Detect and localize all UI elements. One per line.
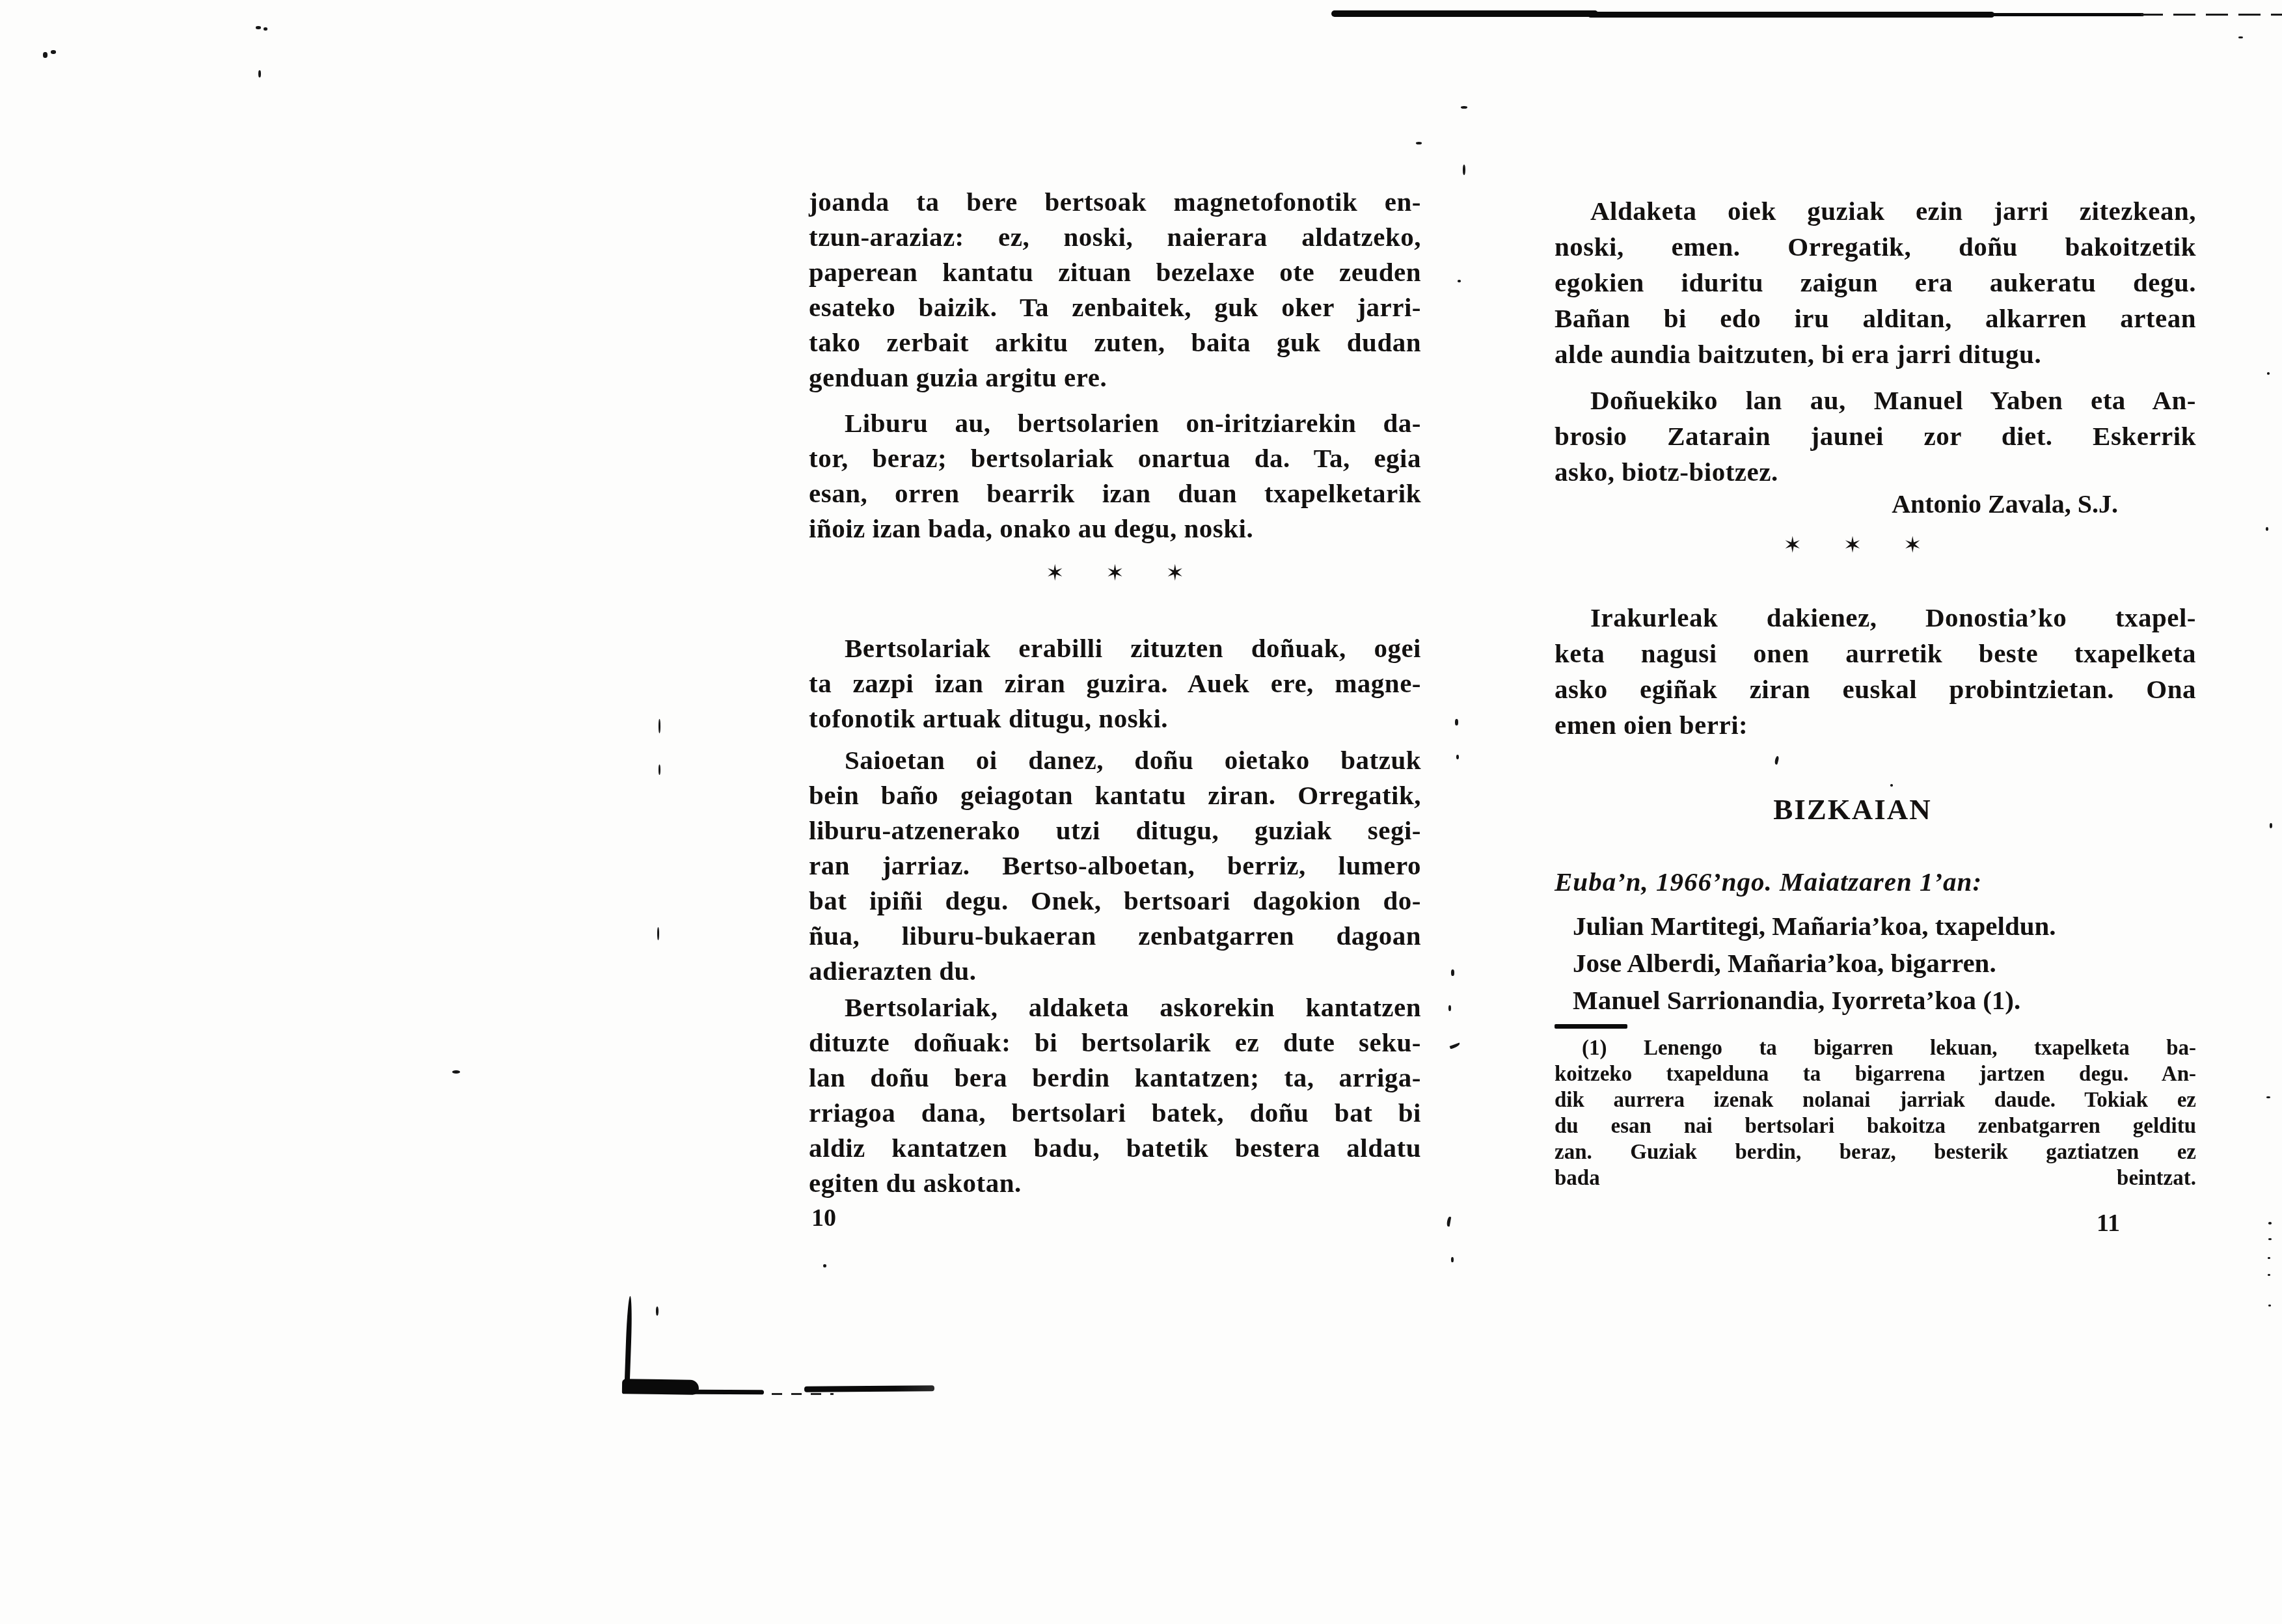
scan-speck [43,52,48,58]
text-line: brosio Zatarain jaunei zor diet. Eskerri… [1555,418,2196,454]
paragraph: Irakurleak dakienez, Donostia’ko txapel-… [1555,600,2196,743]
scan-artifact-bottom-edge [772,1393,834,1395]
text-line: lan doñu bera berdin kantatzen; ta, arri… [809,1060,1421,1095]
scan-speck [2270,823,2272,828]
text-line: Jose Alberdi, Mañaria’koa, bigarren. [1555,945,2196,982]
scan-artifact-top-edge [1988,13,2144,16]
scan-speck [2266,527,2268,531]
text-line: keta nagusi onen aurretik beste txapelke… [1555,636,2196,671]
paragraph: Bertsolariak erabilli zituzten doñuak, o… [809,630,1421,736]
text-line: esan, orren bearrik izan duan txapelketa… [809,476,1421,511]
text-line: Bertsolariak erabilli zituzten doñuak, o… [809,630,1421,666]
text-line: du esan nai bertsolari bakoitza zenbatga… [1555,1113,2196,1139]
text-line: Doñuekiko lan au, Manuel Yaben eta An- [1555,383,2196,418]
text-line: esateko baizik. Ta zenbaitek, guk oker j… [809,290,1421,325]
page-right: Aldaketa oiek guziak ezin jarri zitezkea… [1555,193,2196,1191]
footnote: (1) Lenengo ta bigarren lekuan, txapelke… [1555,1035,2196,1191]
page-number: 11 [2097,1209,2120,1238]
page-number: 10 [811,1204,836,1232]
text-line: Julian Martitegi, Mañaria’koa, txapeldun… [1555,908,2196,945]
text-line: iñoiz izan bada, onako au degu, noski. [809,511,1421,546]
scan-speck [2268,1238,2272,1240]
scan-speck [1458,280,1461,282]
text-line: bada beintzat. [1555,1165,2196,1191]
scan-artifact-bottom-edge [691,1390,764,1395]
scan-speck [659,719,660,733]
scan-speck [1416,142,1422,144]
scan-speck [2238,36,2243,38]
text-line: asko egiñak ziran euskal probintzietan. … [1555,671,2196,707]
section-separator-stars: ✶ ✶ ✶ [809,555,1421,591]
scan-speck [1448,1005,1451,1011]
scan-speck [264,27,267,31]
scan-artifact-bottom-edge [804,1385,934,1392]
text-line: Irakurleak dakienez, Donostia’ko txapel- [1555,600,2196,636]
scan-speck [452,1070,460,1074]
scan-speck [823,1264,826,1267]
scan-artifact-top-edge [1331,10,1598,17]
section-separator-stars: ✶ ✶ ✶ [1555,527,2196,563]
scan-speck [1463,165,1465,175]
text-line: ta zazpi izan ziran guzira. Auek ere, ma… [809,666,1421,701]
text-line: noski, emen. Orregatik, doñu bakoitzetik [1555,229,2196,265]
text-line: bein baño geiagotan kantatu ziran. Orreg… [809,778,1421,813]
text-line: ñua, liburu-bukaeran zenbatgarren dagoan [809,918,1421,953]
scan-speck [2268,1305,2271,1306]
scan-speck [1450,1042,1461,1049]
text-line: emen oien berri: [1555,707,2196,743]
scan-speck [657,927,659,940]
paragraph: Aldaketa oiek guziak ezin jarri zitezkea… [1555,193,2196,372]
scan-speck [2267,372,2270,375]
scan-speck [1451,969,1454,976]
text-line: koitzeko txapelduna ta bigarrena jartzen… [1555,1061,2196,1087]
scan-artifact-top-edge [1588,12,1994,18]
text-line: adierazten du. [809,953,1421,988]
scan-speck [51,50,56,54]
scan-speck [2268,1222,2272,1225]
scan-artifact-top-edge [2141,14,2282,16]
scan-speck [1461,106,1467,109]
text-line: genduan guzia argitu ere. [809,360,1421,395]
text-line: Bertsolariak, aldaketa askorekin kantatz… [809,990,1421,1025]
text-line: asko, biotz-biotzez. [1555,454,2196,490]
text-line: Liburu au, bertsolarien on-iritziarekin … [809,405,1421,440]
text-line: Aldaketa oiek guziak ezin jarri zitezkea… [1555,193,2196,229]
paragraph: Bertsolariak, aldaketa askorekin kantatz… [809,990,1421,1200]
text-line: tor, beraz; bertsolariak onartua da. Ta,… [809,440,1421,476]
scan-speck [258,70,261,77]
paragraph: Doñuekiko lan au, Manuel Yaben eta An-br… [1555,383,2196,490]
text-line: dik aurrera izenak nolanai jarriak daude… [1555,1087,2196,1113]
event-date-line: Euba’n, 1966’ngo. Maiatzaren 1’an: [1555,864,2196,900]
text-line: zan. Guziak berdin, beraz, besterik gazt… [1555,1139,2196,1165]
scan-speck [2268,1274,2270,1276]
text-line: joanda ta bere bertsoak magnetofonotik e… [809,184,1421,219]
text-line: liburu-atzenerako utzi ditugu, guziak se… [809,813,1421,848]
section-heading: BIZKAIAN [1555,791,2196,828]
text-line: tzun-araziaz: ez, noski, naierara aldatz… [809,219,1421,254]
scanned-book-spread: joanda ta bere bertsoak magnetofonotik e… [0,0,2282,1624]
text-line: bat ipiñi degu. Onek, bertsoari dagokion… [809,883,1421,918]
scan-speck [1455,719,1458,725]
text-line: paperean kantatu zituan bezelaxe ote zeu… [809,254,1421,290]
footnote-rule [1555,1024,1627,1029]
scan-speck [1890,784,1893,787]
scan-speck [656,1306,659,1316]
paragraph: Liburu au, bertsolarien on-iritziarekin … [809,405,1421,546]
scan-speck [2266,1096,2270,1098]
paragraph: Saioetan oi danez, doñu oietako batzukbe… [809,742,1421,988]
text-line: Manuel Sarrionandia, Iyorreta’koa (1). [1555,982,2196,1019]
text-line: tofonotik artuak ditugu, noski. [809,701,1421,736]
scan-artifact-corner-mark [622,1379,699,1395]
text-line: egokien iduritu zaigun era aukeratu degu… [1555,265,2196,301]
scan-speck [1451,1257,1454,1262]
text-line: Bañan bi edo iru alditan, alkarren artea… [1555,301,2196,336]
results-list: Julian Martitegi, Mañaria’koa, txapeldun… [1555,908,2196,1019]
text-line: alde aundia baitzuten, bi era jarri ditu… [1555,336,2196,372]
paragraph: joanda ta bere bertsoak magnetofonotik e… [809,184,1421,395]
text-line: (1) Lenengo ta bigarren lekuan, txapelke… [1555,1035,2196,1061]
scan-artifact-fold-line [625,1296,633,1387]
text-line: dituzte doñuak: bi bertsolarik ez dute s… [809,1025,1421,1060]
text-line: Saioetan oi danez, doñu oietako batzuk [809,742,1421,778]
scan-speck [2268,1257,2270,1259]
text-line: aldiz kantatzen badu, batetik bestera al… [809,1130,1421,1165]
scan-speck [1447,1217,1452,1227]
author-signature: Antonio Zavala, S.J. [1555,486,2196,522]
scan-speck [256,26,261,29]
text-line: tako zerbait arkitu zuten, baita guk dud… [809,325,1421,360]
page-left: joanda ta bere bertsoak magnetofonotik e… [809,184,1421,1200]
text-line: ran jarriaz. Bertso-alboetan, berriz, lu… [809,848,1421,883]
scan-speck [659,765,660,775]
scan-speck [1456,755,1459,759]
text-line: rriagoa dana, bertsolari batek, doñu bat… [809,1095,1421,1130]
text-line: egiten du askotan. [809,1165,1421,1200]
